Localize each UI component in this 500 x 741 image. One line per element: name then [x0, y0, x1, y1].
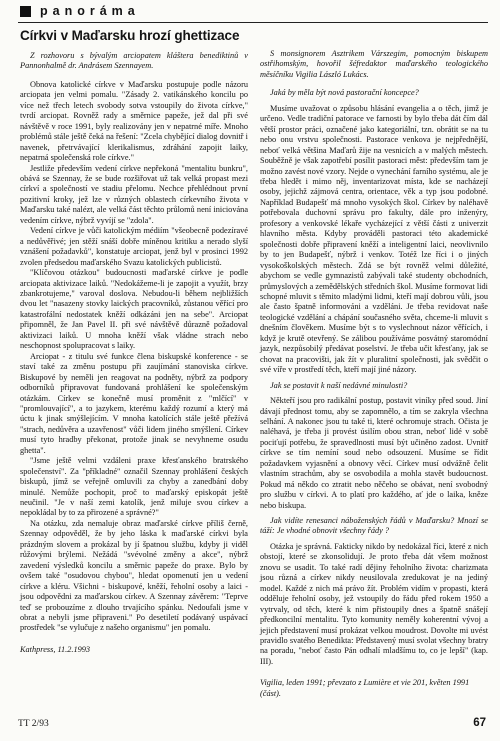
page-number: 67	[473, 717, 486, 729]
magazine-page: panoráma Církvi v Maďarsku hrozí ghettiz…	[0, 0, 500, 741]
page-footer: TT 2/93 67	[18, 717, 486, 729]
header-divider	[18, 22, 488, 23]
paragraph: "Jsme ještě velmi vzdáleni praxe křesťan…	[20, 456, 248, 519]
article-lead: Z rozhovoru s bývalým arciopatem klášter…	[20, 51, 248, 72]
article-title: Církvi v Maďarsku hrozí ghettizace	[20, 28, 248, 43]
right-column: S monsignorem Asztrikem Várszegim, pomoc…	[260, 28, 488, 699]
paragraph: Vedení církve je vůči katolickým médiím …	[20, 226, 248, 268]
interview-question: Jaká by měla být nová pastorační koncepc…	[260, 88, 488, 98]
issue-label: TT 2/93	[18, 719, 49, 729]
article-body: Církvi v Maďarsku hrozí ghettizace Z roz…	[20, 28, 488, 699]
interview-answer: Musíme uvažovat o způsobu hlásání evange…	[260, 104, 488, 376]
paragraph: Obnova katolické církve v Maďarsku postu…	[20, 80, 248, 164]
interview-answer: Otázka je správná. Fakticky nikdo by ned…	[260, 542, 488, 667]
section-marker-icon	[20, 6, 31, 17]
spacer	[260, 28, 488, 49]
source-citation: Kathpress, 11.2.1993	[20, 645, 248, 655]
section-label: panoráma	[40, 4, 140, 18]
paragraph: "Klíčovou otázkou" budoucnosti maďarské …	[20, 268, 248, 352]
source-citation: Vigilia, leden 1991; převzato z Lumière …	[260, 678, 488, 699]
paragraph: Arciopat - z titulu své funkce člena bis…	[20, 352, 248, 457]
interview-question: Jak vidíte renesanci náboženských řádů v…	[260, 516, 488, 537]
interview-lead: S monsignorem Asztrikem Várszegim, pomoc…	[260, 49, 488, 80]
left-column: Církvi v Maďarsku hrozí ghettizace Z roz…	[20, 28, 248, 699]
interview-answer: Někteří jsou pro radikální postup, posta…	[260, 396, 488, 511]
section-header: panoráma	[20, 4, 140, 18]
paragraph: Na otázku, zda nemaluje obraz maďarské c…	[20, 519, 248, 634]
paragraph: Jestliže především vedení církve nepřeko…	[20, 164, 248, 227]
interview-question: Jak se postavit k naší nedávné minulosti…	[260, 381, 488, 391]
